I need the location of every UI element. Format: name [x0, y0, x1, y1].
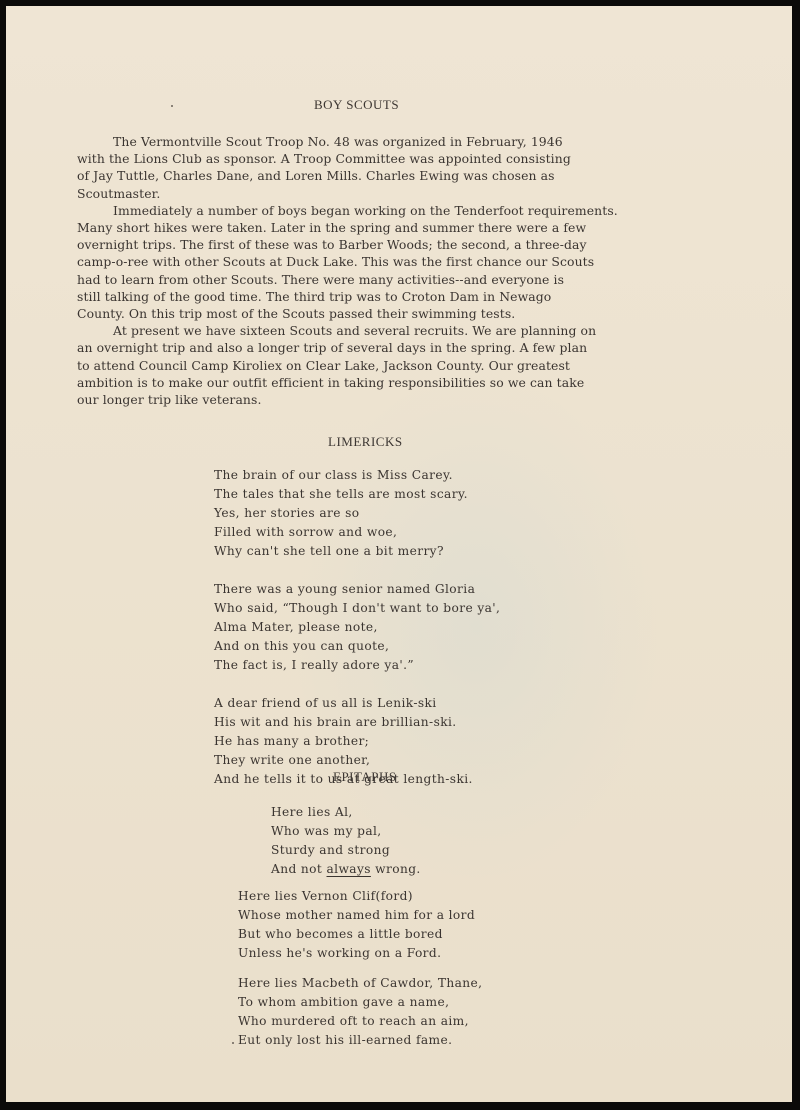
prose-line: our longer trip like veterans. — [77, 391, 727, 408]
poem-line: Whose mother named him for a lord — [238, 906, 475, 925]
boy-scouts-article: The Vermontville Scout Troop No. 48 was … — [77, 133, 727, 408]
poem-line: His wit and his brain are brillian-ski. — [214, 713, 500, 732]
poem-line: Alma Mater, please note, — [214, 618, 500, 637]
prose-line: had to learn from other Scouts. There we… — [77, 271, 727, 288]
poem-line: Who murdered oft to reach an aim, — [238, 1012, 482, 1031]
prose-line: Scoutmaster. — [77, 185, 727, 202]
poem-line: And not always wrong. — [271, 860, 421, 879]
poem-line: They write one another, — [214, 751, 500, 770]
poem-line: Who was my pal, — [271, 822, 421, 841]
prose-line: an overnight trip and also a longer trip… — [77, 339, 727, 356]
poem-line: To whom ambition gave a name, — [238, 993, 482, 1012]
poem-line: Filled with sorrow and woe, — [214, 523, 500, 542]
prose-line: still talking of the good time. The thir… — [77, 288, 727, 305]
prose-line: At present we have sixteen Scouts and se… — [77, 322, 727, 339]
limerick-stanza: The brain of our class is Miss Carey. Th… — [214, 466, 500, 561]
poem-line: Here lies Macbeth of Cawdor, Thane, — [238, 974, 482, 993]
poem-line: Who said, “Though I don't want to bore y… — [214, 599, 500, 618]
section-title-limericks: LIMERICKS — [328, 434, 403, 450]
epitaph-macbeth: Here lies Macbeth of Cawdor, Thane, To w… — [238, 974, 482, 1050]
poem-line: Why can't she tell one a bit merry? — [214, 542, 500, 561]
poem-line: The tales that she tells are most scary. — [214, 485, 500, 504]
epitaph-vernon: Here lies Vernon Clif(ford) Whose mother… — [238, 887, 475, 963]
epitaph-al: Here lies Al, Who was my pal, Sturdy and… — [271, 803, 421, 879]
stanza-gap — [214, 675, 500, 694]
poem-line: Here lies Vernon Clif(ford) — [238, 887, 475, 906]
poem-line: But who becomes a little bored — [238, 925, 475, 944]
poem-line: And on this you can quote, — [214, 637, 500, 656]
paper-speck — [171, 105, 173, 107]
poem-line: Eut only lost his ill-earned fame. — [238, 1031, 482, 1050]
section-title-epitaphs: EPITAPHS — [333, 769, 397, 785]
prose-line: ambition is to make our outfit efficient… — [77, 374, 727, 391]
stanza-gap — [214, 561, 500, 580]
prose-line: Many short hikes were taken. Later in th… — [77, 219, 727, 236]
prose-line: with the Lions Club as sponsor. A Troop … — [77, 150, 727, 167]
poem-line: There was a young senior named Gloria — [214, 580, 500, 599]
underlined-word: always — [327, 862, 371, 876]
prose-line: County. On this trip most of the Scouts … — [77, 305, 727, 322]
prose-line: of Jay Tuttle, Charles Dane, and Loren M… — [77, 167, 727, 184]
poem-text: wrong. — [371, 862, 421, 876]
paper-speck — [232, 1042, 234, 1044]
poem-line: Sturdy and strong — [271, 841, 421, 860]
prose-line: camp-o-ree with other Scouts at Duck Lak… — [77, 253, 727, 270]
poem-line: Here lies Al, — [271, 803, 421, 822]
prose-line: Immediately a number of boys began worki… — [77, 202, 727, 219]
limericks-poems: The brain of our class is Miss Carey. Th… — [214, 466, 500, 789]
poem-text: And not — [271, 862, 327, 876]
document-page: BOY SCOUTS The Vermontville Scout Troop … — [6, 6, 792, 1102]
poem-line: The fact is, I really adore ya'.” — [214, 656, 500, 675]
poem-line: He has many a brother; — [214, 732, 500, 751]
poem-line: A dear friend of us all is Lenik-ski — [214, 694, 500, 713]
section-title-boy-scouts: BOY SCOUTS — [314, 97, 399, 113]
prose-line: to attend Council Camp Kiroliex on Clear… — [77, 357, 727, 374]
prose-line: The Vermontville Scout Troop No. 48 was … — [77, 133, 727, 150]
poem-line: Yes, her stories are so — [214, 504, 500, 523]
poem-line: The brain of our class is Miss Carey. — [214, 466, 500, 485]
poem-line: Unless he's working on a Ford. — [238, 944, 475, 963]
limerick-stanza: There was a young senior named Gloria Wh… — [214, 580, 500, 675]
prose-line: overnight trips. The first of these was … — [77, 236, 727, 253]
